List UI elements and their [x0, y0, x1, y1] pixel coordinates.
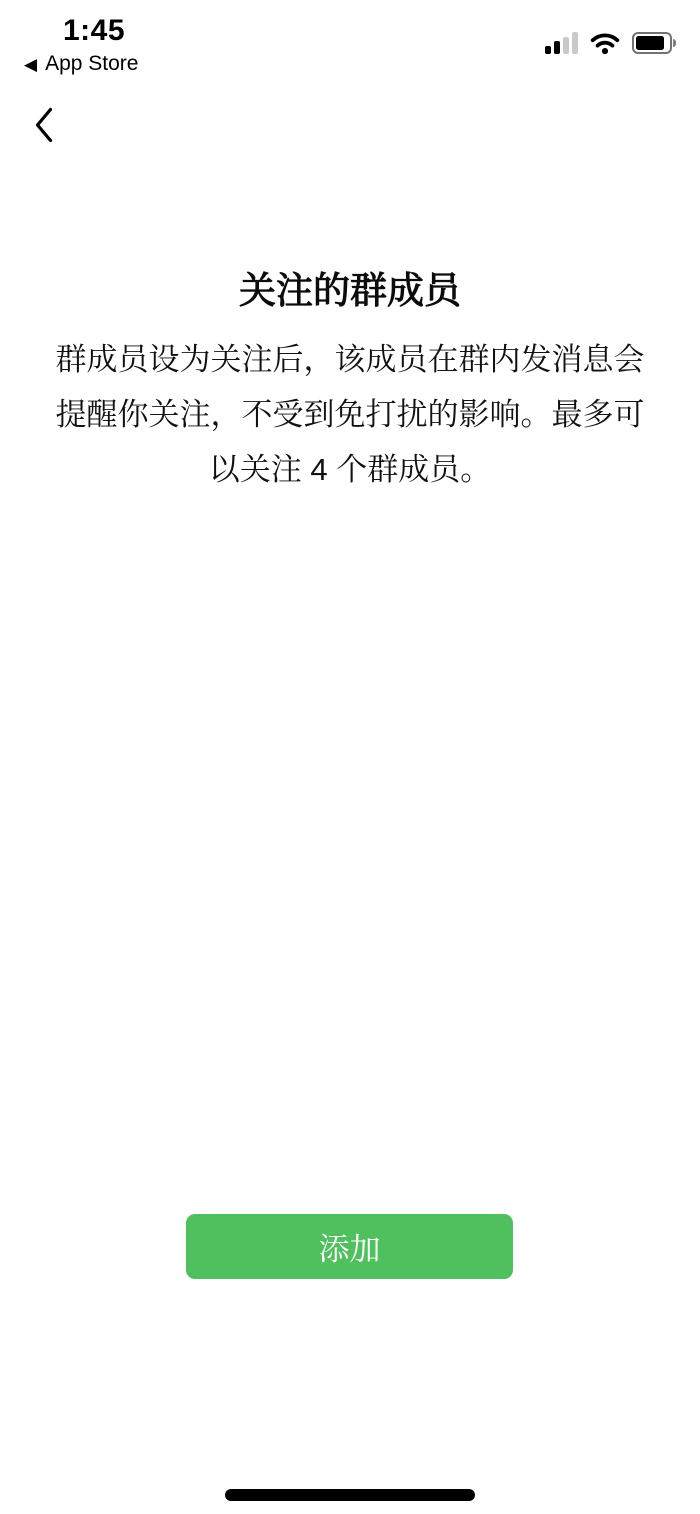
chevron-left-icon: [34, 107, 54, 143]
add-button[interactable]: 添加: [186, 1214, 513, 1279]
description-line: 以关注 4 个群成员。: [30, 442, 670, 497]
return-to-app-store-link[interactable]: ◀ App Store: [24, 52, 138, 76]
description-line: 提醒你关注，不受到免打扰的影响。最多可: [30, 387, 670, 442]
cellular-signal-icon: [545, 32, 578, 54]
status-time: 1:45: [63, 14, 125, 48]
back-triangle-icon: ◀: [24, 56, 37, 73]
home-indicator[interactable]: [225, 1489, 475, 1501]
back-button[interactable]: [22, 100, 66, 150]
battery-icon: [632, 32, 672, 54]
page-title: 关注的群成员: [0, 260, 700, 314]
followed-group-members-screen: 1:45 ◀ App Store 关注的群成员 群成: [0, 0, 700, 1514]
wifi-icon: [590, 32, 620, 54]
description-line: 群成员设为关注后，该成员在群内发消息会: [30, 332, 670, 387]
return-to-app-store-label: App Store: [45, 52, 138, 76]
status-icons: [545, 30, 672, 56]
page-description: 群成员设为关注后，该成员在群内发消息会 提醒你关注，不受到免打扰的影响。最多可 …: [30, 332, 670, 497]
